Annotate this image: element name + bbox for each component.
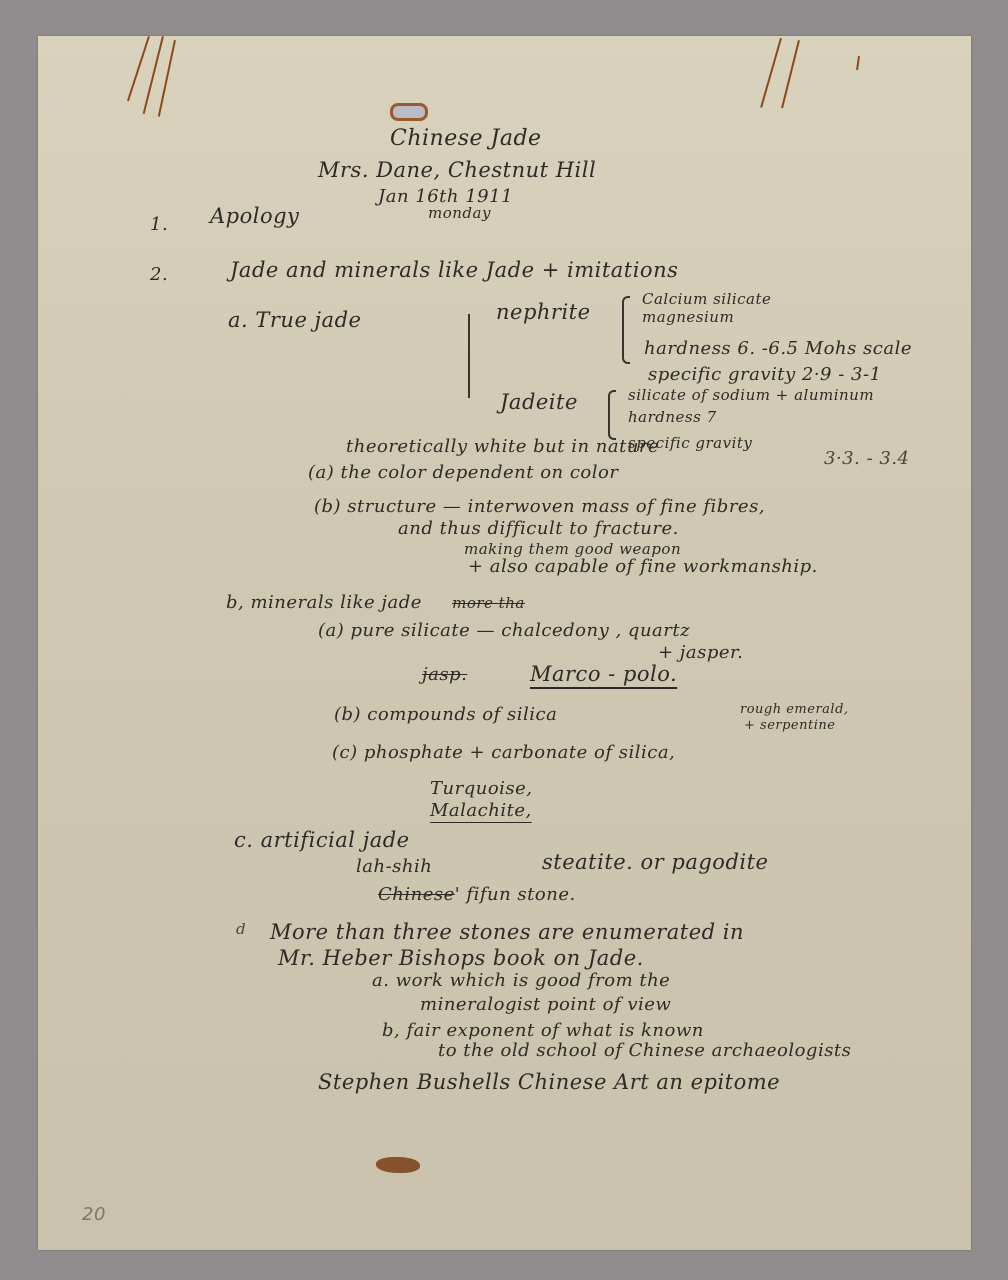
phosphate-carbonate: (c) phosphate + carbonate of silica,: [332, 742, 675, 763]
d-point-b-2: to the old school of Chinese archaeologi…: [438, 1040, 851, 1061]
minerals-like-jade-text: b, minerals like jade: [226, 592, 422, 613]
item-1-number: 1.: [150, 214, 168, 235]
artificial-jade-label: c. artificial jade: [234, 828, 410, 852]
true-jade-point-b-1: (b) structure — interwoven mass of fine …: [314, 496, 765, 517]
document-title: Chinese Jade: [390, 126, 542, 151]
jasper-line: + jasper.: [658, 642, 743, 663]
true-jade-label: a. True jade: [228, 308, 361, 332]
nephrite-composition-1: Calcium silicate: [642, 290, 771, 308]
rust-stain-top-left: [158, 40, 176, 117]
brace-nephrite: [622, 296, 630, 364]
jadeite-composition: silicate of sodium + aluminum: [628, 386, 874, 404]
struck-jasper: jasp.: [422, 664, 467, 685]
d-line-1: More than three stones are enumerated in: [270, 920, 744, 944]
minerals-like-jade-label: b, minerals like jade more tha: [226, 592, 525, 613]
d-point-a-2: mineralogist point of view: [420, 994, 671, 1015]
jadeite-label: Jadeite: [500, 390, 578, 414]
rough-emerald: rough emerald,: [740, 702, 849, 717]
d-marker: d: [236, 920, 246, 938]
lah-shih: lah-shih: [356, 856, 432, 877]
chinese-fifun-stone: Chinese' fifun stone.: [378, 884, 576, 905]
closing-reference: Stephen Bushells Chinese Art an epitome: [318, 1070, 780, 1094]
d-line-2: Mr. Heber Bishops book on Jade.: [278, 946, 644, 970]
nephrite-composition-2: magnesium: [642, 308, 734, 326]
turquoise: Turquoise,: [430, 778, 533, 799]
pin-hole: [390, 103, 428, 121]
struck-text: more tha: [452, 594, 525, 612]
compounds-of-silica: (b) compounds of silica: [334, 704, 557, 725]
rust-stain-top-right: [856, 56, 860, 70]
page-number: 20: [82, 1204, 106, 1225]
item-2-number: 2.: [150, 264, 168, 285]
malachite: Malachite,: [430, 800, 532, 821]
jadeite-hardness: hardness 7: [628, 408, 717, 426]
item-1-text: Apology: [210, 204, 299, 228]
true-jade-point-b-4: + also capable of fine workmanship.: [468, 556, 818, 577]
manuscript-page: Chinese Jade Mrs. Dane, Chestnut Hill Ja…: [38, 36, 971, 1250]
brace-true-jade: [468, 314, 470, 398]
color-note: theoretically white but in nature: [346, 436, 659, 457]
document-day: monday: [428, 204, 491, 222]
nephrite-label: nephrite: [496, 300, 591, 324]
brace-jadeite: [608, 390, 616, 440]
rust-stain-top-left: [127, 36, 150, 101]
true-jade-point-b-2: and thus difficult to fracture.: [398, 518, 679, 539]
document-subtitle: Mrs. Dane, Chestnut Hill: [318, 158, 596, 182]
rust-spot-bottom: [376, 1157, 420, 1173]
true-jade-point-a: (a) the color dependent on color: [308, 462, 618, 483]
nephrite-hardness: hardness 6. -6.5 Mohs scale: [644, 338, 912, 359]
fifun-stone: ' fifun stone.: [455, 884, 576, 905]
rust-stain-top-right: [781, 40, 800, 108]
steatite-pagodite: steatite. or pagodite: [542, 850, 768, 874]
item-2-text: Jade and minerals like Jade + imitations: [230, 258, 678, 282]
rust-stain-top-right: [760, 38, 782, 108]
serpentine: + serpentine: [744, 718, 835, 733]
d-point-b-1: b, fair exponent of what is known: [382, 1020, 704, 1041]
struck-chinese: Chinese: [378, 884, 455, 905]
pure-silicate-line: (a) pure silicate — chalcedony , quartz: [318, 620, 690, 641]
nephrite-specific-gravity: specific gravity 2·9 - 3-1: [648, 364, 882, 385]
d-point-a-1: a. work which is good from the: [372, 970, 670, 991]
jadeite-specific-gravity-value: 3·3. - 3.4: [824, 448, 910, 469]
marco-polo: Marco - polo.: [530, 662, 677, 686]
